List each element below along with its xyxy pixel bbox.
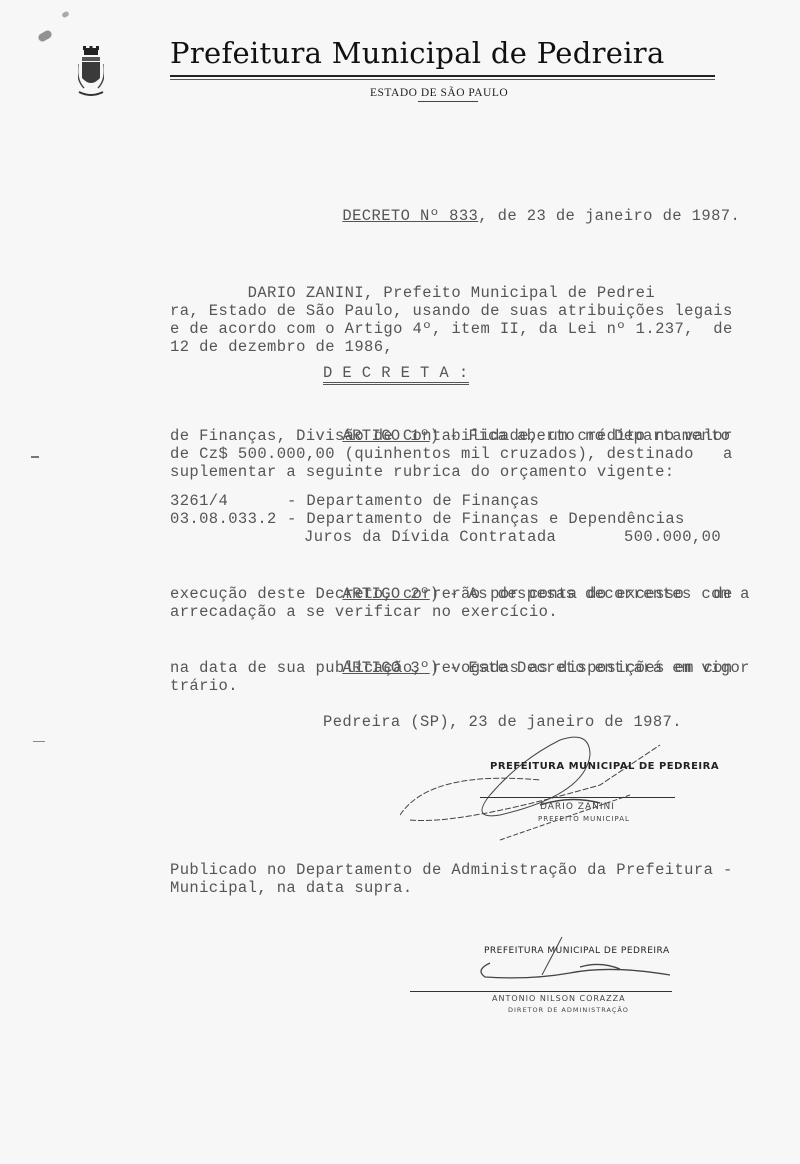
scan-smudge	[61, 11, 70, 19]
artigo-2-line: arrecadação a se verificar no exercício.	[170, 603, 558, 621]
signature-scribble-2	[470, 935, 690, 995]
artigo-3-line: na data de sua publicação, revogadas as …	[170, 659, 733, 677]
artigo-3-line: trário.	[170, 677, 238, 695]
subtitle-rule	[418, 101, 478, 102]
signature-2-role: DIRETOR DE ADMINISTRAÇÃO	[508, 1006, 629, 1014]
publication-line: Municipal, na data supra.	[170, 879, 413, 897]
scan-smudge	[37, 29, 53, 43]
signature-2-line	[410, 991, 672, 992]
budget-code: 03.08.033.2	[170, 510, 277, 528]
signature-1-name: DARIO ZANINI	[540, 802, 615, 812]
artigo-2-line: execução deste Decreto, correrão por con…	[170, 585, 733, 603]
publication-line: Publicado no Departamento de Administraç…	[170, 861, 733, 879]
artigo-1-line: de Finanças, Divisão de Contabilidade, u…	[170, 427, 733, 445]
artigo-1-line: de Cz$ 500.000,00 (quinhentos mil cruzad…	[170, 445, 733, 463]
budget-desc: - Departamento de Finanças	[287, 492, 539, 510]
page-title: Prefeitura Municipal de Pedreira	[170, 36, 665, 70]
budget-desc: - Departamento de Finanças e Dependência…	[287, 510, 685, 528]
signature-2-stamp: PREFEITURA MUNICIPAL DE PEDREIRA	[484, 946, 670, 956]
signature-1-line	[480, 797, 675, 798]
artigo-1-line: suplementar a seguinte rubrica do orçame…	[170, 463, 674, 481]
preamble-line: DARIO ZANINI, Prefeito Municipal de Pedr…	[170, 284, 655, 302]
signature-scribble-1	[400, 725, 720, 845]
decree-heading: DECRETO Nº 833, de 23 de janeiro de 1987…	[323, 189, 740, 225]
title-rule-thin	[170, 79, 715, 80]
budget-code: 3261/4	[170, 492, 228, 510]
decree-number: DECRETO Nº 833	[342, 207, 478, 225]
preamble-line: ra, Estado de São Paulo, usando de suas …	[170, 302, 733, 320]
preamble-line: 12 de dezembro de 1986,	[170, 338, 393, 356]
budget-desc: Juros da Dívida Contratada	[304, 528, 556, 546]
margin-mark	[33, 741, 45, 742]
state-subtitle: ESTADO DE SÃO PAULO	[370, 87, 508, 99]
preamble-line: e de acordo com o Artigo 4º, item II, da…	[170, 320, 733, 338]
signature-1-role: PREFEITO MUNICIPAL	[538, 815, 630, 823]
decree-date: , de 23 de janeiro de 1987.	[478, 207, 740, 225]
decreta-heading: D E C R E T A :	[323, 364, 469, 385]
title-rule	[170, 75, 715, 77]
signature-2-name: ANTONIO NILSON CORAZZA	[492, 994, 626, 1003]
signature-1-stamp: PREFEITURA MUNICIPAL DE PEDREIRA	[490, 761, 719, 772]
coat-of-arms-icon	[78, 44, 104, 100]
budget-value: 500.000,00	[624, 528, 721, 546]
margin-mark	[31, 456, 39, 458]
